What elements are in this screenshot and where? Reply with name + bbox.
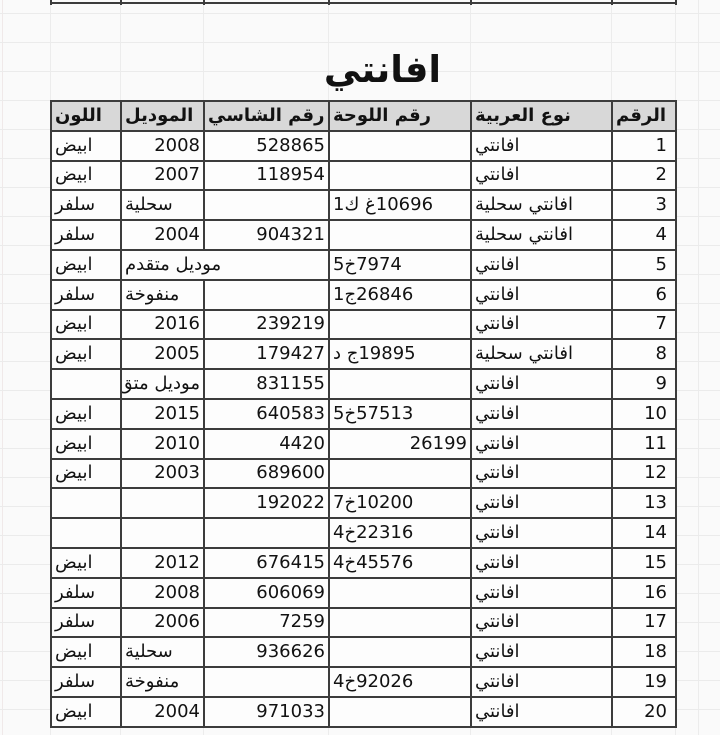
cell-type[interactable]: افانتي [471, 399, 612, 429]
cell-num[interactable]: 3 [612, 190, 676, 220]
table-row: سلفرسحلية10696غ ك1افانتي سحلية3 [51, 190, 676, 220]
cell-num[interactable]: 1 [612, 131, 676, 161]
cell-type[interactable]: افانتي [471, 310, 612, 340]
cell-plate[interactable]: 22316خ4 [329, 518, 471, 548]
cell-num[interactable]: 17 [612, 608, 676, 638]
table-row: ابيض200517942719895ج دافانتي سحلية8 [51, 339, 676, 369]
cell-color[interactable] [51, 518, 121, 548]
cell-chassis[interactable] [204, 280, 329, 310]
cell-chassis[interactable]: 971033 [204, 697, 329, 727]
cell-num[interactable]: 16 [612, 578, 676, 608]
table-header: اللونالموديلرقم الشاسيرقم اللوحةنوع العر… [51, 101, 676, 131]
table-row: سلفرمنفوخة26846ج1افانتي6 [51, 280, 676, 310]
cell-num[interactable]: 9 [612, 369, 676, 399]
cell-model[interactable]: 2004 [121, 220, 204, 250]
table-row: ابيض2007118954افانتي2 [51, 161, 676, 191]
cell-type[interactable]: افانتي [471, 697, 612, 727]
cell-plate[interactable] [329, 578, 471, 608]
table-row: سلفر20067259افانتي17 [51, 608, 676, 638]
cell-plate[interactable] [329, 220, 471, 250]
cell-plate[interactable]: 10696غ ك1 [329, 190, 471, 220]
cell-chassis[interactable]: 179427 [204, 339, 329, 369]
grid-stub [120, 0, 122, 5]
table-row: ابيض2010442026199افانتي11 [51, 429, 676, 459]
cell-type[interactable]: افانتي [471, 131, 612, 161]
cell-model[interactable]: 2008 [121, 131, 204, 161]
cell-type[interactable]: افانتي [471, 608, 612, 638]
cell-chassis[interactable]: 640583 [204, 399, 329, 429]
cell-color[interactable] [51, 369, 121, 399]
table-row: ابيض2004971033افانتي20 [51, 697, 676, 727]
cell-color[interactable]: ابيض [51, 459, 121, 489]
cell-plate[interactable] [329, 161, 471, 191]
grid-stub [328, 0, 330, 5]
cell-model[interactable]: 2004 [121, 697, 204, 727]
cell-chassis[interactable]: 936626 [204, 637, 329, 667]
cell-plate[interactable]: 19895ج د [329, 339, 471, 369]
cell-type[interactable]: افانتي [471, 250, 612, 280]
cell-color[interactable]: سلفر [51, 220, 121, 250]
cell-plate[interactable] [329, 637, 471, 667]
cell-plate[interactable]: 7974خ5 [329, 250, 471, 280]
grid-stub [50, 0, 52, 5]
cell-chassis[interactable]: 676415 [204, 548, 329, 578]
previous-table-bottom-border [50, 2, 677, 4]
table-row: سلفر2008606069افانتي16 [51, 578, 676, 608]
table-row: ابيض201564058357513خ5افانتي10 [51, 399, 676, 429]
column-header-chassis[interactable]: رقم الشاسي [204, 101, 329, 131]
table-row: موديل متق831155افانتي9 [51, 369, 676, 399]
cell-type[interactable]: افانتي [471, 280, 612, 310]
cell-num[interactable]: 11 [612, 429, 676, 459]
cell-model[interactable]: 2008 [121, 578, 204, 608]
table-row: 22316خ4افانتي14 [51, 518, 676, 548]
cell-chassis[interactable]: 528865 [204, 131, 329, 161]
grid-stub [470, 0, 472, 5]
cell-num[interactable]: 18 [612, 637, 676, 667]
cell-chassis[interactable]: 192022 [204, 488, 329, 518]
cell-type[interactable]: افانتي سحلية [471, 220, 612, 250]
cell-type[interactable]: افانتي سحلية [471, 190, 612, 220]
cell-num[interactable]: 5 [612, 250, 676, 280]
spreadsheet-canvas: افانتي اللونالموديلرقم الشاسيرقم اللوحةن… [0, 0, 720, 735]
cell-num[interactable]: 14 [612, 518, 676, 548]
cell-model[interactable]: سحلية [121, 637, 204, 667]
cell-num[interactable]: 13 [612, 488, 676, 518]
vehicle-table: اللونالموديلرقم الشاسيرقم اللوحةنوع العر… [50, 100, 677, 728]
cell-chassis[interactable]: 606069 [204, 578, 329, 608]
cell-plate[interactable] [329, 131, 471, 161]
cell-model[interactable]: 2012 [121, 548, 204, 578]
cell-chassis[interactable]: 904321 [204, 220, 329, 250]
cell-num[interactable]: 8 [612, 339, 676, 369]
cell-plate[interactable]: 26846ج1 [329, 280, 471, 310]
cell-chassis[interactable] [204, 190, 329, 220]
cell-color[interactable]: ابيض [51, 161, 121, 191]
cell-plate[interactable] [329, 459, 471, 489]
table-row: ابيضموديل متقدم7974خ5افانتي5 [51, 250, 676, 280]
cell-model[interactable] [121, 488, 204, 518]
cell-color[interactable]: ابيض [51, 310, 121, 340]
cell-type[interactable]: افانتي سحلية [471, 339, 612, 369]
cell-plate[interactable] [329, 369, 471, 399]
cell-model[interactable]: 2015 [121, 399, 204, 429]
cell-plate[interactable] [329, 608, 471, 638]
cell-model[interactable]: 2016 [121, 310, 204, 340]
table-row: ابيضسحلية936626افانتي18 [51, 637, 676, 667]
cell-model[interactable]: 2003 [121, 459, 204, 489]
grid-stub [611, 0, 613, 5]
cell-type[interactable]: افانتي [471, 578, 612, 608]
cell-num[interactable]: 7 [612, 310, 676, 340]
cell-plate[interactable] [329, 697, 471, 727]
grid-stub [675, 0, 677, 5]
cell-type[interactable]: افانتي [471, 161, 612, 191]
cell-model[interactable]: 2007 [121, 161, 204, 191]
cell-model[interactable]: 2006 [121, 608, 204, 638]
column-header-num[interactable]: الرقم [612, 101, 676, 131]
cell-plate[interactable]: 26199 [329, 429, 471, 459]
cell-model[interactable]: سحلية [121, 190, 204, 220]
cell-model[interactable]: موديل متق [121, 369, 204, 399]
cell-type[interactable]: افانتي [471, 429, 612, 459]
cell-type[interactable]: افانتي [471, 488, 612, 518]
cell-model[interactable]: 2005 [121, 339, 204, 369]
cell-color[interactable]: سلفر [51, 667, 121, 697]
cell-num[interactable]: 10 [612, 399, 676, 429]
cell-chassis[interactable]: 118954 [204, 161, 329, 191]
cell-chassis[interactable]: 239219 [204, 310, 329, 340]
cell-type[interactable]: افانتي [471, 548, 612, 578]
cell-chassis[interactable]: 831155 [204, 369, 329, 399]
table-row: سلفرمنفوخة92026خ4افانتي19 [51, 667, 676, 697]
cell-model[interactable]: موديل متقدم [121, 250, 329, 280]
cell-color[interactable]: ابيض [51, 250, 121, 280]
table-row: ابيض2003689600افانتي12 [51, 459, 676, 489]
cell-color[interactable]: ابيض [51, 637, 121, 667]
cell-type[interactable]: افانتي [471, 369, 612, 399]
table-row: ابيض201267641545576خ4افانتي15 [51, 548, 676, 578]
grid-stub [203, 0, 205, 5]
cell-num[interactable]: 2 [612, 161, 676, 191]
cell-model[interactable]: منفوخة [121, 667, 204, 697]
cell-plate[interactable]: 92026خ4 [329, 667, 471, 697]
cell-num[interactable]: 4 [612, 220, 676, 250]
cell-model[interactable]: 2010 [121, 429, 204, 459]
cell-plate[interactable]: 45576خ4 [329, 548, 471, 578]
cell-num[interactable]: 19 [612, 667, 676, 697]
cell-type[interactable]: افانتي [471, 637, 612, 667]
sheet-title: افانتي [70, 48, 695, 91]
cell-color[interactable]: ابيض [51, 399, 121, 429]
cell-plate[interactable]: 57513خ5 [329, 399, 471, 429]
cell-type[interactable]: افانتي [471, 667, 612, 697]
cell-color[interactable]: سلفر [51, 578, 121, 608]
cell-color[interactable]: سلفر [51, 608, 121, 638]
cell-type[interactable]: افانتي [471, 518, 612, 548]
cell-chassis[interactable]: 4420 [204, 429, 329, 459]
cell-num[interactable]: 6 [612, 280, 676, 310]
table-row: 19202210200خ7افانتي13 [51, 488, 676, 518]
cell-chassis[interactable]: 7259 [204, 608, 329, 638]
cell-num[interactable]: 15 [612, 548, 676, 578]
cell-color[interactable]: سلفر [51, 190, 121, 220]
column-header-model[interactable]: الموديل [121, 101, 204, 131]
cell-color[interactable]: ابيض [51, 429, 121, 459]
table-row: ابيض2016239219افانتي7 [51, 310, 676, 340]
cell-color[interactable]: ابيض [51, 548, 121, 578]
cell-chassis[interactable]: 689600 [204, 459, 329, 489]
cell-plate[interactable] [329, 310, 471, 340]
cell-color[interactable] [51, 488, 121, 518]
cell-chassis[interactable] [204, 518, 329, 548]
cell-color[interactable]: ابيض [51, 697, 121, 727]
cell-color[interactable]: سلفر [51, 280, 121, 310]
cell-num[interactable]: 20 [612, 697, 676, 727]
cell-model[interactable]: منفوخة [121, 280, 204, 310]
cell-num[interactable]: 12 [612, 459, 676, 489]
cell-model[interactable] [121, 518, 204, 548]
cell-plate[interactable]: 10200خ7 [329, 488, 471, 518]
column-header-plate[interactable]: رقم اللوحة [329, 101, 471, 131]
table-row: سلفر2004904321افانتي سحلية4 [51, 220, 676, 250]
cell-type[interactable]: افانتي [471, 459, 612, 489]
column-header-color[interactable]: اللون [51, 101, 121, 131]
header-row: اللونالموديلرقم الشاسيرقم اللوحةنوع العر… [51, 101, 676, 131]
table-body: ابيض2008528865افانتي1ابيض2007118954افانت… [51, 131, 676, 727]
table-row: ابيض2008528865افانتي1 [51, 131, 676, 161]
cell-color[interactable]: ابيض [51, 131, 121, 161]
cell-chassis[interactable] [204, 667, 329, 697]
column-header-type[interactable]: نوع العربية [471, 101, 612, 131]
cell-color[interactable]: ابيض [51, 339, 121, 369]
